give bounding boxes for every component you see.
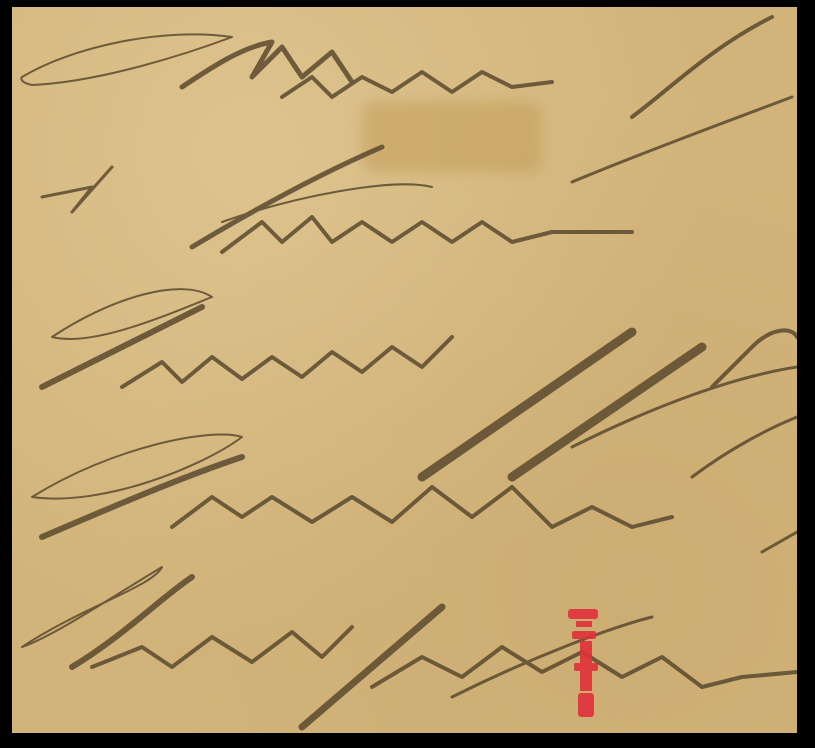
handwriting bbox=[12, 7, 797, 733]
paper-fragment bbox=[12, 7, 797, 733]
red-stamp-mark bbox=[564, 605, 604, 725]
